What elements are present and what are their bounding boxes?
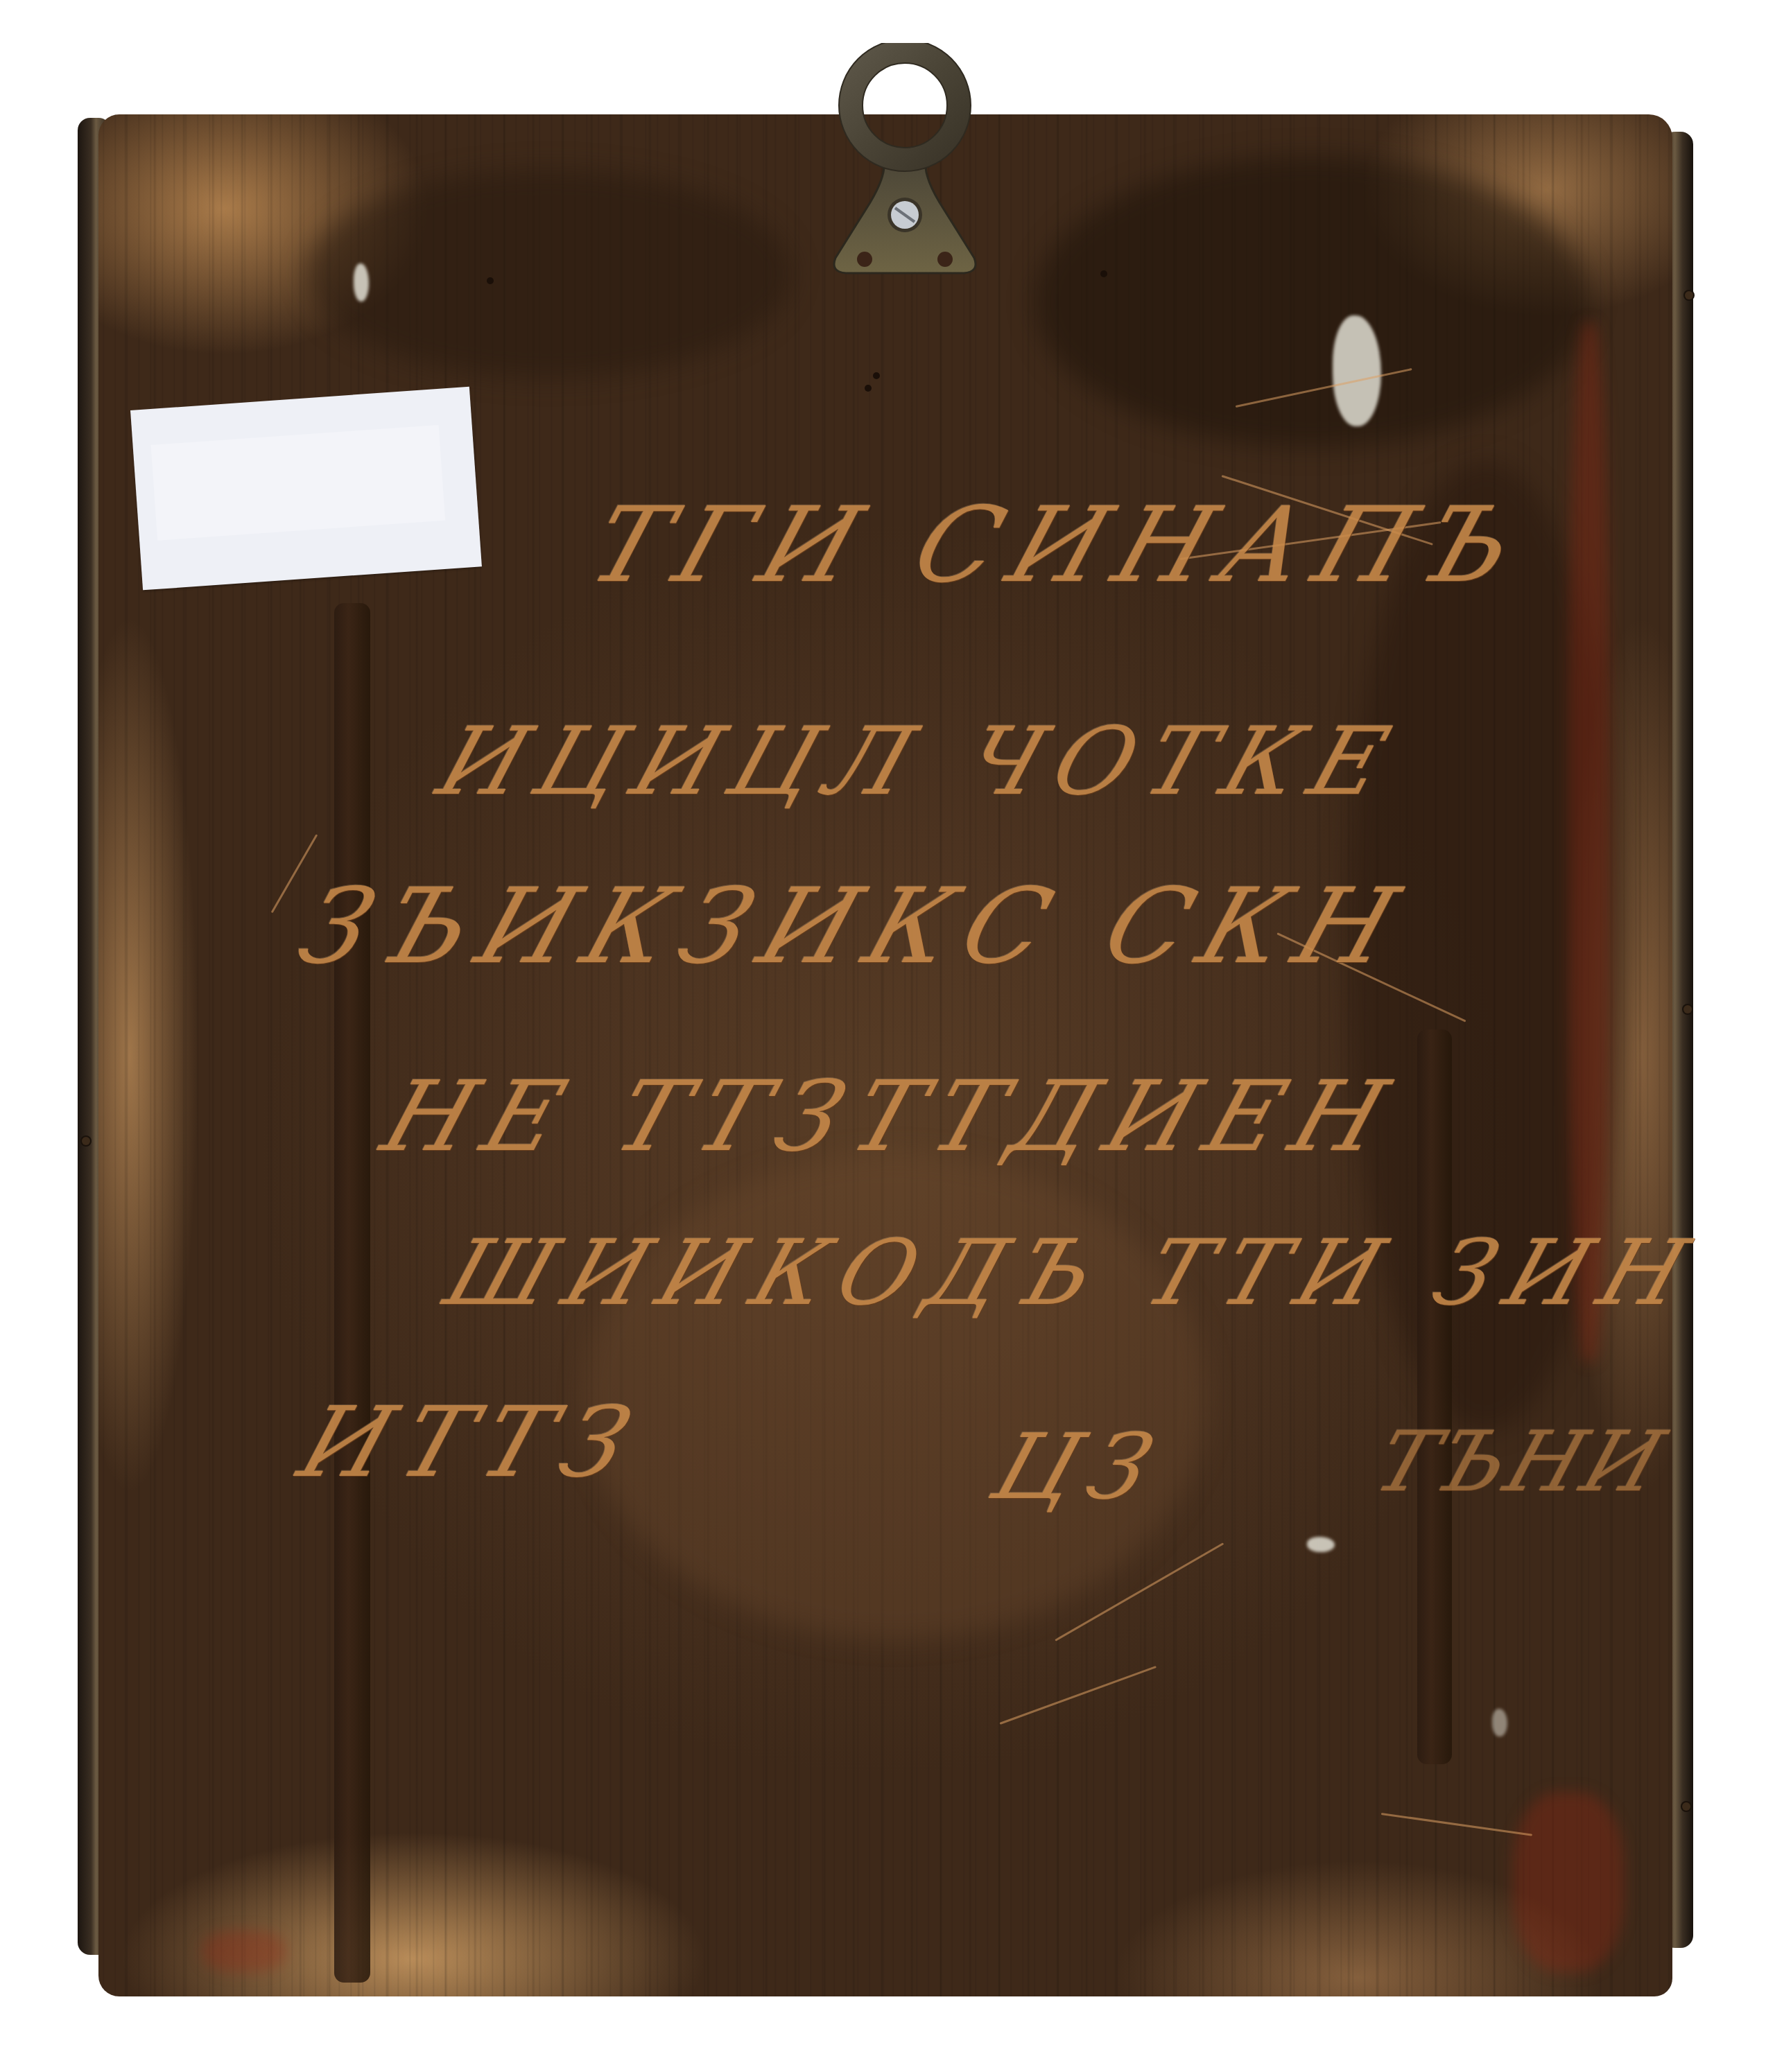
nail-hole [865, 385, 872, 392]
rivet-icon [1685, 291, 1693, 299]
carved-inscription-line: ИТТЗ [287, 1386, 659, 1499]
rivet-icon [82, 1137, 90, 1145]
right-batten-key [1417, 1029, 1452, 1764]
carved-inscription-line: ТЪНИ [1364, 1414, 1679, 1511]
carved-inscription-line: ИЦИЦЛ ЧОТКЕ [426, 707, 1416, 816]
rivet-icon [1683, 1005, 1692, 1013]
red-stain [1513, 1792, 1624, 1972]
hanging-ring-icon [829, 43, 981, 286]
nail-hole [487, 277, 494, 284]
nail-hole [1100, 270, 1107, 277]
white-paint-spot [1492, 1709, 1507, 1736]
dark-patina [306, 170, 792, 378]
blank-paper-label [130, 387, 482, 591]
label-inner-area [151, 425, 446, 541]
left-batten-key [334, 603, 370, 1983]
carved-inscription-line: ЦЗ [981, 1414, 1181, 1520]
carved-inscription-line: ТГИ СИНАПЪ [577, 485, 1543, 606]
white-paint-spot [1307, 1537, 1335, 1552]
carved-inscription-line: ШИИКОДЪ ТТИ ЗИН [433, 1220, 1715, 1325]
photo-scene: ТГИ СИНАПЪ ИЦИЦЛ ЧОТКЕ ЗЪИКЗИКС СКН НЕ Т… [0, 0, 1775, 2072]
red-stain [1568, 322, 1610, 1362]
dark-patina [1034, 156, 1589, 447]
red-stain [202, 1931, 286, 1972]
white-paint-spot [354, 263, 369, 302]
carved-inscription-line: НЕ ТТЗТТДИЕН [370, 1061, 1415, 1174]
rivet-icon [1682, 1802, 1690, 1811]
nail-hole [873, 372, 880, 379]
carved-inscription-line: ЗЪИКЗИКС СКН [286, 867, 1426, 987]
